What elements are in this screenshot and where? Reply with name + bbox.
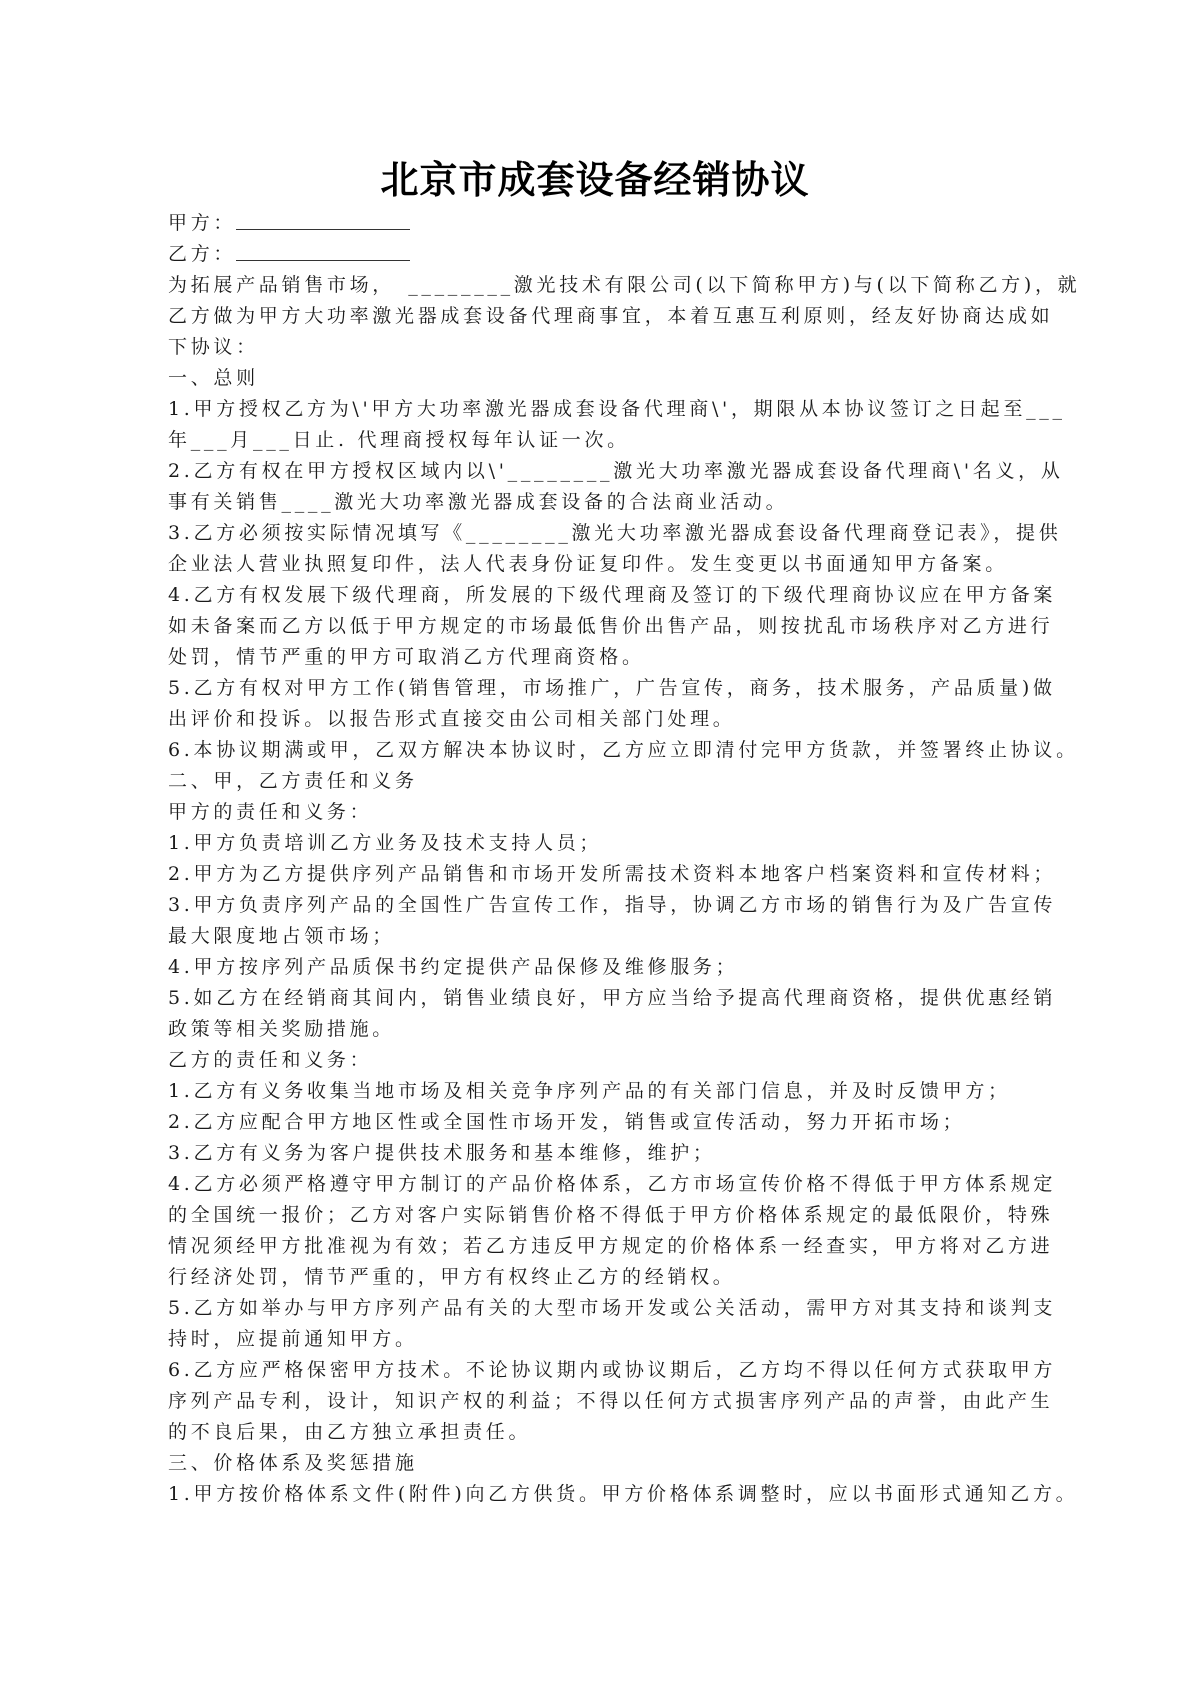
section-heading-pricing: 三、价格体系及奖惩措施 bbox=[168, 1448, 1018, 1479]
text-line: 最大限度地占领市场； bbox=[168, 921, 1018, 952]
text-line: 出评价和投诉。以报告形式直接交由公司相关部门处理。 bbox=[168, 704, 1018, 735]
text-line: 情况须经甲方批准视为有效；若乙方违反甲方规定的价格体系一经查实，甲方将对乙方进 bbox=[168, 1231, 1018, 1262]
text-line: 5.乙方如举办与甲方序列产品有关的大型市场开发或公关活动，需甲方对其支持和谈判支 bbox=[168, 1293, 1018, 1324]
text-line: 3.乙方有义务为客户提供技术服务和基本维修，维护； bbox=[168, 1138, 1018, 1169]
section-heading-general: 一、总则 bbox=[168, 363, 1018, 394]
document-body: 甲方： 乙方： 为拓展产品销售市场， ________激光技术有限公司(以下简称… bbox=[168, 208, 1018, 1510]
text-line: 3.乙方必须按实际情况填写《________激光大功率激光器成套设备代理商登记表… bbox=[168, 518, 1018, 549]
text-line: 2.甲方为乙方提供序列产品销售和市场开发所需技术资料本地客户档案资料和宣传材料； bbox=[168, 859, 1018, 890]
text-line: 行经济处罚，情节严重的，甲方有权终止乙方的经销权。 bbox=[168, 1262, 1018, 1293]
text-line: 3.甲方负责序列产品的全国性广告宣传工作，指导，协调乙方市场的销售行为及广告宣传 bbox=[168, 890, 1018, 921]
text-line: 序列产品专利，设计，知识产权的利益；不得以任何方式损害序列产品的声誉，由此产生 bbox=[168, 1386, 1018, 1417]
text-line: 4.乙方有权发展下级代理商，所发展的下级代理商及签订的下级代理商协议应在甲方备案 bbox=[168, 580, 1018, 611]
text-line: 6.本协议期满或甲，乙双方解决本协议时，乙方应立即清付完甲方货款，并签署终止协议… bbox=[168, 735, 1018, 766]
text-line: 的全国统一报价；乙方对客户实际销售价格不得低于甲方价格体系规定的最低限价，特殊 bbox=[168, 1200, 1018, 1231]
text-line: 持时，应提前通知甲方。 bbox=[168, 1324, 1018, 1355]
text-line: 5.如乙方在经销商其间内，销售业绩良好，甲方应当给予提高代理商资格，提供优惠经销 bbox=[168, 983, 1018, 1014]
section-heading-responsibilities: 二、甲，乙方责任和义务 bbox=[168, 766, 1018, 797]
document-page: 北京市成套设备经销协议 甲方： 乙方： 为拓展产品销售市场， ________激… bbox=[0, 0, 1190, 1683]
party-b-line: 乙方： bbox=[168, 239, 1018, 270]
text-line: 4.乙方必须严格遵守甲方制订的产品价格体系，乙方市场宣传价格不得低于甲方体系规定 bbox=[168, 1169, 1018, 1200]
text-line: 1.甲方按价格体系文件(附件)向乙方供货。甲方价格体系调整时，应以书面形式通知乙… bbox=[168, 1479, 1018, 1510]
party-a-blank-field[interactable] bbox=[236, 211, 410, 230]
document-title: 北京市成套设备经销协议 bbox=[0, 155, 1190, 205]
text-line: 如未备案而乙方以低于甲方规定的市场最低售价出售产品，则按扰乱市场秩序对乙方进行 bbox=[168, 611, 1018, 642]
text-line: 企业法人营业执照复印件，法人代表身份证复印件。发生变更以书面通知甲方备案。 bbox=[168, 549, 1018, 580]
text-line: 2.乙方有权在甲方授权区域内以\'________激光大功率激光器成套设备代理商… bbox=[168, 456, 1018, 487]
text-line: 乙方做为甲方大功率激光器成套设备代理商事宜，本着互惠互利原则，经友好协商达成如 bbox=[168, 301, 1018, 332]
party-a-label: 甲方： bbox=[168, 212, 236, 234]
text-line: 5.乙方有权对甲方工作(销售管理，市场推广，广告宣传，商务，技术服务，产品质量)… bbox=[168, 673, 1018, 704]
text-line: 1.甲方负责培训乙方业务及技术支持人员； bbox=[168, 828, 1018, 859]
text-line: 事有关销售____激光大功率激光器成套设备的合法商业活动。 bbox=[168, 487, 1018, 518]
text-line: 1.乙方有义务收集当地市场及相关竞争序列产品的有关部门信息，并及时反馈甲方； bbox=[168, 1076, 1018, 1107]
text-line: 处罚，情节严重的甲方可取消乙方代理商资格。 bbox=[168, 642, 1018, 673]
text-line: 的不良后果，由乙方独立承担责任。 bbox=[168, 1417, 1018, 1448]
text-line: 1.甲方授权乙方为\'甲方大功率激光器成套设备代理商\'，期限从本协议签订之日起… bbox=[168, 394, 1018, 425]
party-b-label: 乙方： bbox=[168, 243, 236, 265]
text-line: 4.甲方按序列产品质保书约定提供产品保修及维修服务； bbox=[168, 952, 1018, 983]
text-line: 为拓展产品销售市场， ________激光技术有限公司(以下简称甲方)与(以下简… bbox=[168, 270, 1018, 301]
subheading-party-b-duties: 乙方的责任和义务： bbox=[168, 1045, 1018, 1076]
party-a-line: 甲方： bbox=[168, 208, 1018, 239]
text-line: 6.乙方应严格保密甲方技术。不论协议期内或协议期后，乙方均不得以任何方式获取甲方 bbox=[168, 1355, 1018, 1386]
subheading-party-a-duties: 甲方的责任和义务： bbox=[168, 797, 1018, 828]
text-line: 下协议： bbox=[168, 332, 1018, 363]
text-line: 2.乙方应配合甲方地区性或全国性市场开发，销售或宣传活动，努力开拓市场； bbox=[168, 1107, 1018, 1138]
party-b-blank-field[interactable] bbox=[236, 242, 410, 261]
text-line: 政策等相关奖励措施。 bbox=[168, 1014, 1018, 1045]
text-line: 年___月___日止. 代理商授权每年认证一次。 bbox=[168, 425, 1018, 456]
document-lines: 为拓展产品销售市场， ________激光技术有限公司(以下简称甲方)与(以下简… bbox=[168, 270, 1018, 1510]
